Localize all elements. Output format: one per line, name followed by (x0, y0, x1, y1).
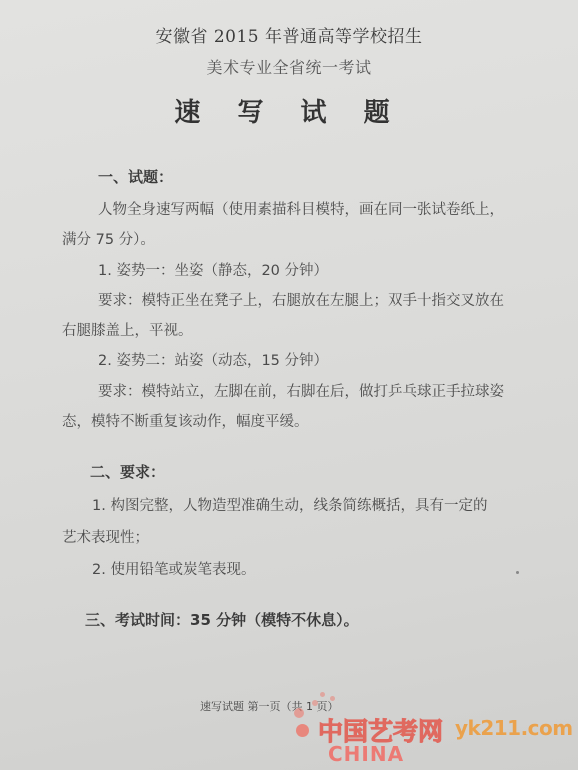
watermark-china: CHINA (328, 742, 404, 766)
site-watermark: 中国艺考网 yk211.com CHINA (290, 690, 578, 770)
pose-2-title: 2. 姿势二：站姿（动态，15 分钟） (98, 349, 328, 370)
pose-1-requirement-line-2: 右腿膝盖上，平视。 (62, 319, 193, 340)
exam-paper: 安徽省 2015 年普通高等学校招生 美术专业全省统一考试 速 写 试 题 一、… (0, 0, 578, 770)
pose-2-requirement-line-2: 态，模特不断重复该动作，幅度平缓。 (62, 410, 309, 431)
header-line-1: 安徽省 2015 年普通高等学校招生 (0, 22, 578, 47)
pose-2-requirement-line-1: 要求：模特站立，左脚在前，右脚在后，做打乒乓球正手拉球姿 (98, 380, 504, 401)
requirement-1-line-2: 艺术表现性； (62, 526, 149, 547)
requirement-1-line-1: 1. 构图完整，人物造型准确生动，线条简练概括，具有一定的 (92, 494, 487, 515)
section-heading-exam-time: 三、考试时间：35 分钟（模特不休息）。 (85, 609, 359, 630)
watermark-site: yk211.com (455, 716, 573, 740)
section-1-line-2: 满分 75 分）。 (62, 228, 155, 249)
pose-1-title: 1. 姿势一：坐姿（静态，20 分钟） (98, 259, 328, 280)
page-title: 速 写 试 题 (0, 92, 578, 129)
requirement-2: 2. 使用铅笔或炭笔表现。 (92, 558, 255, 579)
section-heading-requirements: 二、要求： (90, 461, 165, 482)
pose-1-requirement-line-1: 要求：模特正坐在凳子上，右腿放在左腿上；双手十指交叉放在 (98, 289, 504, 310)
section-1-line-1: 人物全身速写两幅（使用素描科目模特，画在同一张试卷纸上， (98, 198, 504, 219)
header-line-2: 美术专业全省统一考试 (0, 55, 578, 78)
paper-speck (516, 571, 519, 574)
section-heading-questions: 一、试题： (98, 166, 173, 187)
